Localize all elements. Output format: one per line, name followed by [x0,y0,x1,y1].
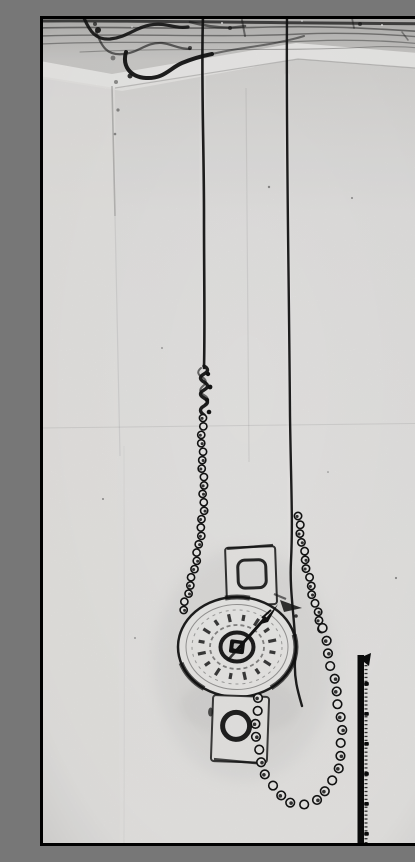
photo-canvas [40,16,415,846]
film-grain-overlay [40,16,415,846]
archival-photograph: Black-and-white archival photograph of a… [40,16,415,846]
